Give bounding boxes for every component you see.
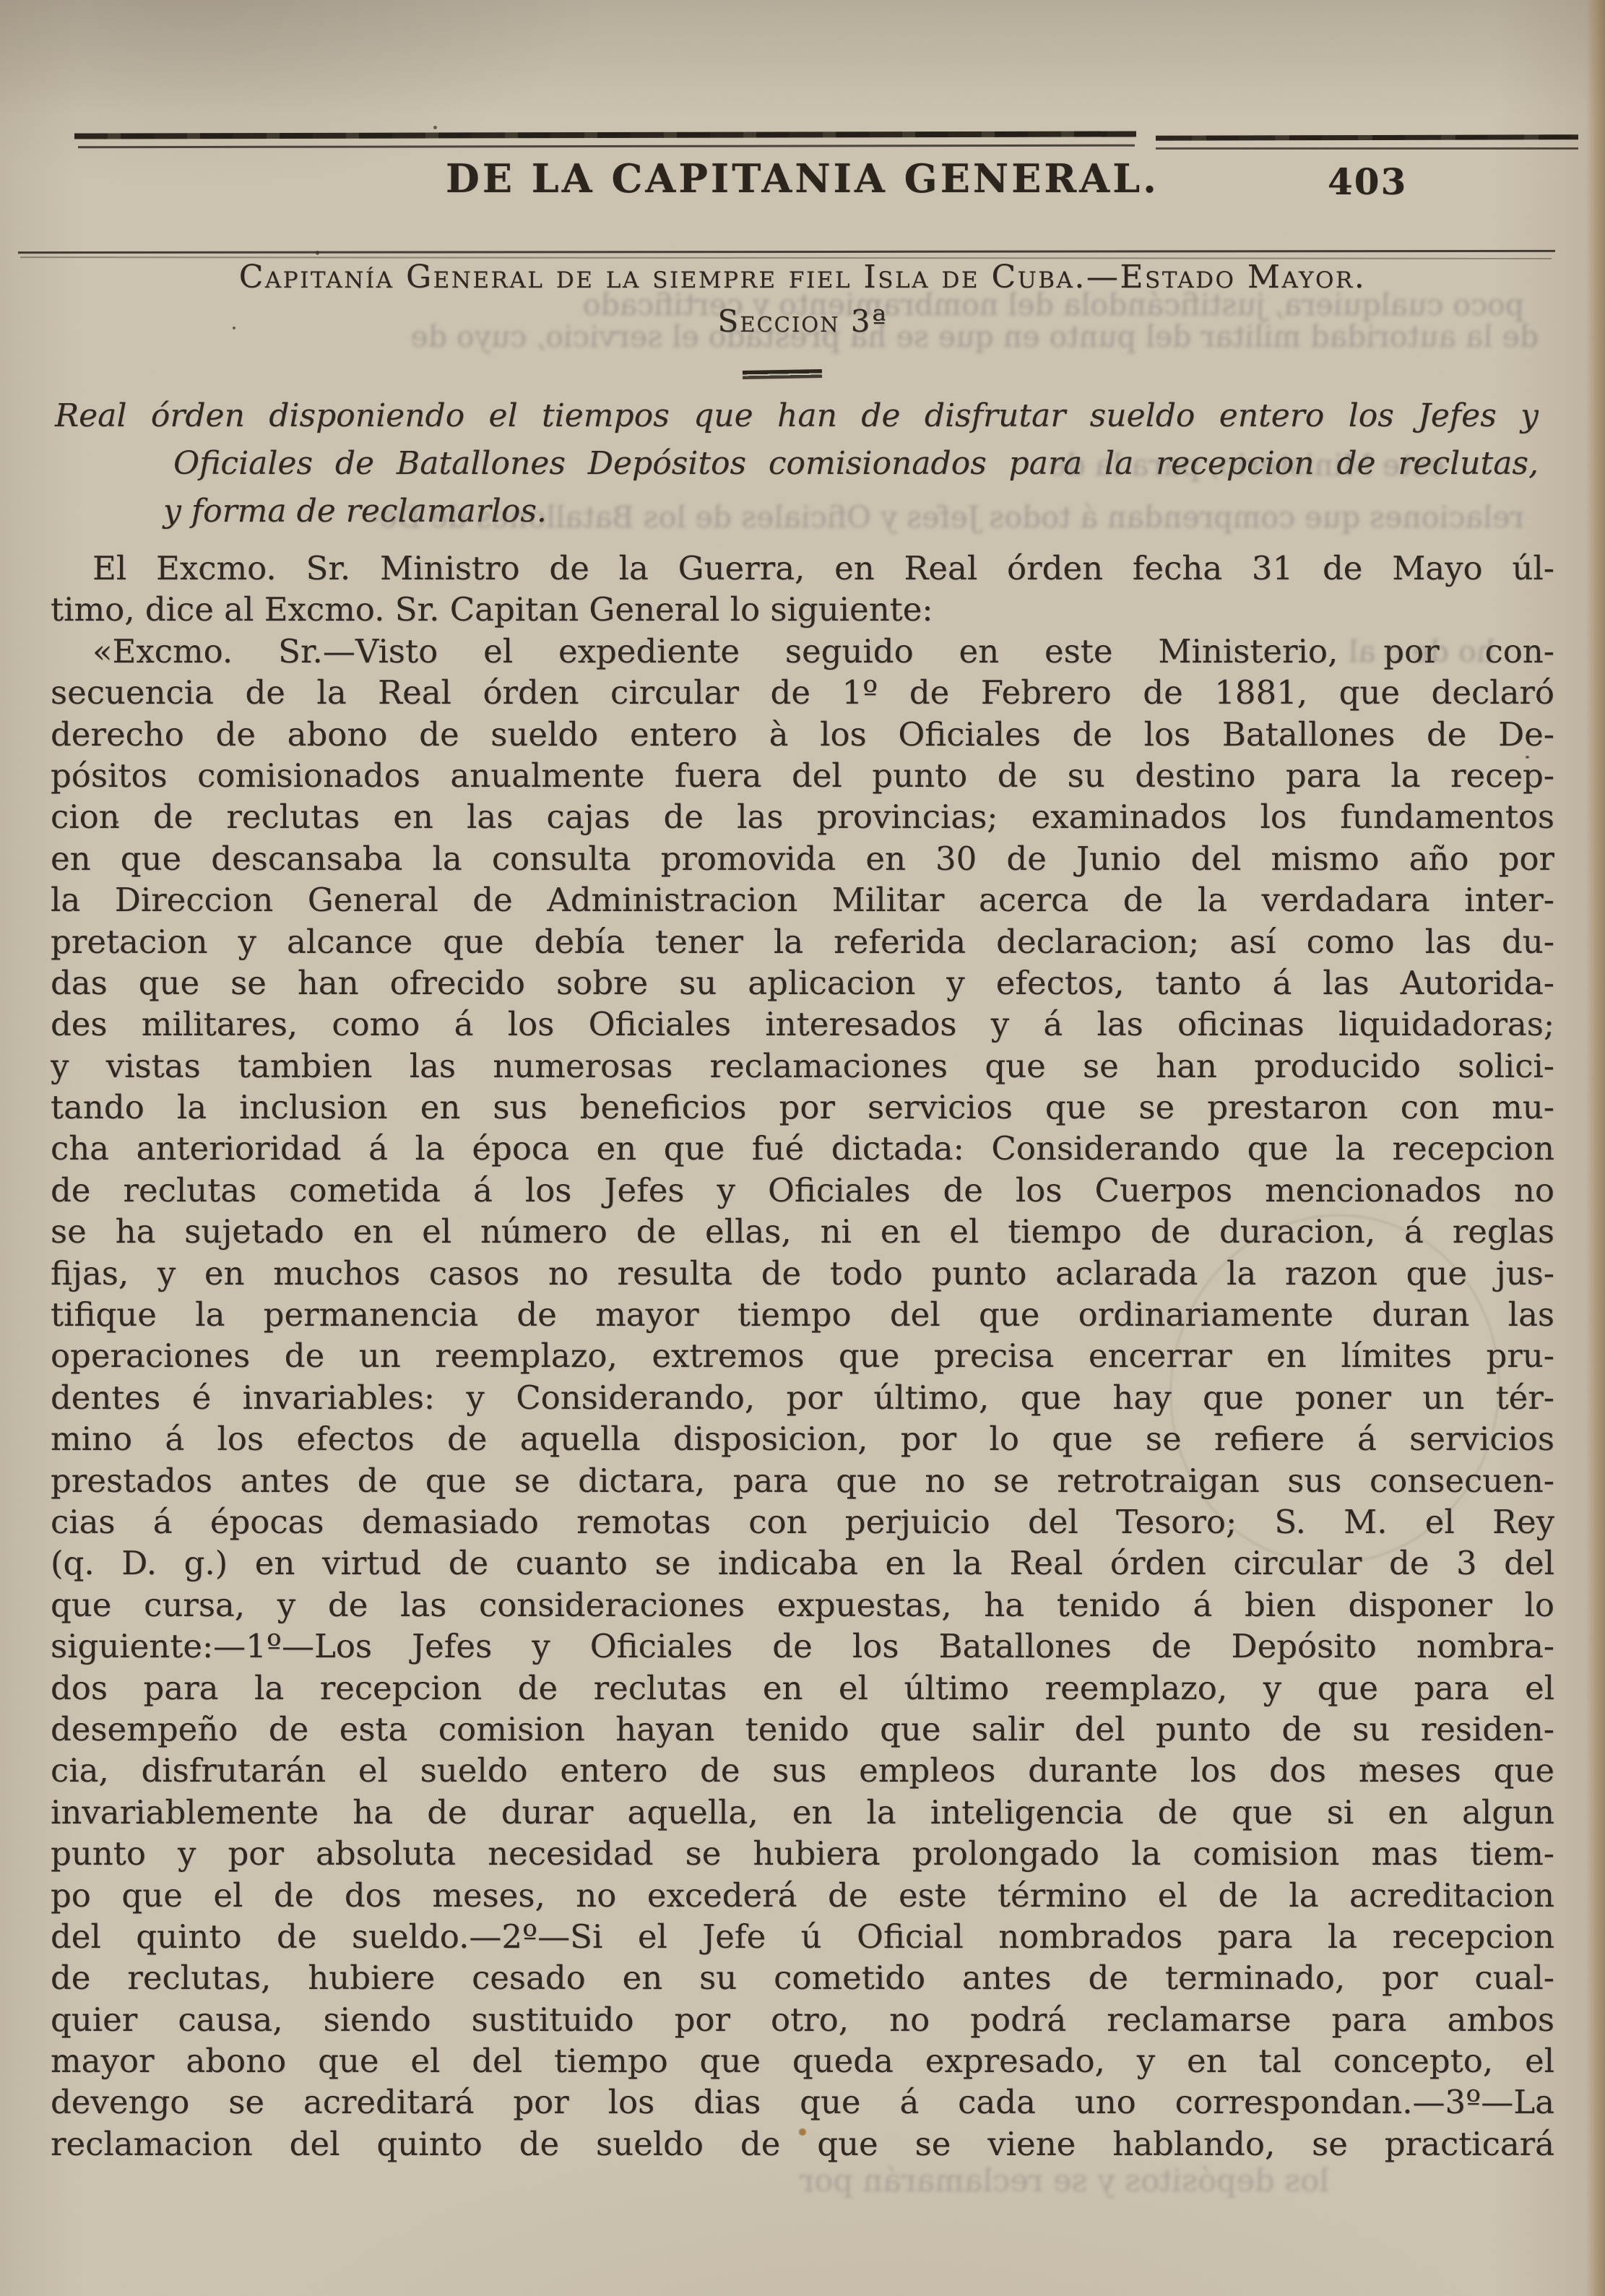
body-line: quier causa, siendo sustituido por otro,… (51, 1999, 1554, 2040)
header-rule-thin-right (1156, 147, 1578, 150)
body-line: en que descansaba la consulta promovida … (51, 838, 1554, 879)
body-line: punto y por absoluta necesidad se hubier… (51, 1833, 1554, 1874)
header-rule-thick-left (74, 131, 1136, 139)
body-line: y vistas tambien las numerosas reclamaci… (51, 1045, 1554, 1087)
page-edge-shadow (1586, 0, 1605, 2296)
body-line: dos para la recepcion de reclutas en el … (51, 1667, 1554, 1709)
body-line: la Direccion General de Administracion M… (51, 879, 1554, 920)
body-line: cia, disfrutarán el sueldo entero de sus… (51, 1750, 1554, 1791)
body-line: invariablemente ha de durar aquella, en … (51, 1792, 1554, 1833)
ink-speck (1526, 756, 1529, 759)
body-line: pósitos comisionados anualmente fuera de… (51, 755, 1554, 796)
summary-paragraph: Real órden disponiendo el tiempos que ha… (49, 392, 1539, 535)
body-line: de reclutas, hubiere cesado en su cometi… (51, 1957, 1554, 1998)
body-line: que cursa, y de las consideraciones expu… (51, 1584, 1554, 1626)
ink-speck (1367, 1761, 1370, 1765)
rule-under-title (18, 250, 1555, 254)
section-heading: Capitanía General de la siempre fiel Isl… (0, 259, 1605, 295)
body-line: timo, dice al Excmo. Sr. Capitan General… (51, 589, 1554, 630)
body-line: secuencia de la Real órden circular de 1… (51, 672, 1554, 713)
body-line: po que el de dos meses, no excederá de e… (51, 1875, 1554, 1916)
body-line: des militares, como á los Oficiales inte… (51, 1004, 1554, 1045)
ink-speck (316, 251, 319, 255)
body-line: pretacion y alcance que debía tener la r… (51, 921, 1554, 962)
summary-line: Real órden disponiendo el tiempos que ha… (49, 392, 1539, 440)
body-line: desempeño de esta comision hayan tenido … (51, 1709, 1554, 1750)
rust-spot (799, 2128, 806, 2136)
body-line: El Excmo. Sr. Ministro de la Guerra, en … (51, 548, 1554, 589)
body-line: devengo se acreditará por los dias que á… (51, 2081, 1554, 2123)
section-subheading: Seccion 3ª (0, 303, 1605, 339)
ink-speck (116, 821, 118, 824)
summary-line: Oficiales de Batallones Depósitos comisi… (49, 440, 1539, 488)
section-divider-rule (743, 369, 822, 379)
body-line: das que se han ofrecido sobre su aplicac… (51, 962, 1554, 1004)
body-line: del quinto de sueldo.—2º—Si el Jefe ú Of… (51, 1916, 1554, 1957)
body-line: cha anterioridad á la época en que fué d… (51, 1128, 1554, 1169)
ink-speck (1107, 466, 1109, 469)
scanned-document-page: poco cualquiera, justificándola del nomb… (0, 0, 1605, 2296)
body-line: tando la inclusion en sus beneficios por… (51, 1087, 1554, 1128)
page-number: 403 (1328, 160, 1407, 203)
body-line: de reclutas cometida á los Jefes y Ofici… (51, 1170, 1554, 1211)
summary-line: y forma de reclamarlos. (49, 488, 1539, 535)
body-line: siguiente:—1º—Los Jefes y Oficiales de l… (51, 1626, 1554, 1667)
bleedthrough-text: los depósitos y se reclamarán por (303, 2163, 1329, 2199)
body-line: derecho de abono de sueldo entero à los … (51, 714, 1554, 755)
ink-speck (233, 327, 235, 329)
ink-speck (433, 126, 437, 129)
body-line: mayor abono que el del tiempo que queda … (51, 2040, 1554, 2081)
body-line: cion de reclutas en las cajas de las pro… (51, 796, 1554, 837)
header-rule-thick-right (1156, 134, 1578, 141)
body-line: «Excmo. Sr.—Visto el expediente seguido … (51, 631, 1554, 672)
header-rule-thin-left (78, 144, 1135, 149)
